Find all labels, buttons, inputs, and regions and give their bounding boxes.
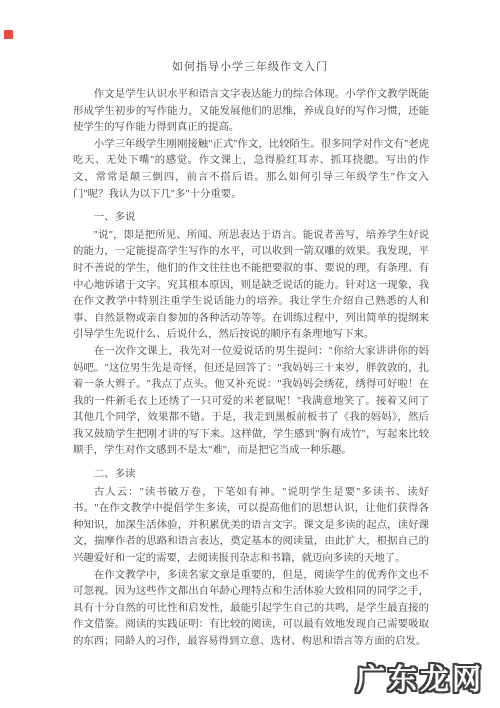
document-page: 如何指导小学三年级作文入门 作文是学生认识水平和语言文字表达能力的综合体现。小学… bbox=[0, 0, 500, 708]
body-paragraph: "说"，即是把所见、所闻、所思表达于语言。能说者善写，培养学生好说的能力，一定能… bbox=[73, 228, 429, 344]
body-paragraph: 作文是学生认识水平和语言文字表达能力的综合体现。小学作文教学既能形成学生初步的写… bbox=[73, 87, 429, 137]
red-corner-mark bbox=[4, 30, 13, 39]
body-paragraph: 在一次作文课上，我先对一位爱说话的男生提问："你给大家讲讲你的妈妈吧。"这位男生… bbox=[73, 344, 429, 460]
watermark-text: 广东龙网 bbox=[356, 657, 484, 698]
document-title: 如何指导小学三年级作文入门 bbox=[0, 58, 500, 74]
body-paragraph: 古人云："读书破万卷，下笔如有神。"说明学生是要"多读书、读好书。"在作文教学中… bbox=[73, 485, 429, 568]
body-paragraph: 小学三年级学生刚刚接触"正式"作文，比较陌生。很多同学对作文有"老虎吃天、无处下… bbox=[73, 137, 429, 203]
section-heading: 二、多读 bbox=[73, 467, 429, 484]
body-paragraph: 在作文教学中，多读名家文章是重要的，但是，阅读学生的优秀作文也不可忽视。因为这些… bbox=[73, 568, 429, 651]
section-heading: 一、多说 bbox=[73, 210, 429, 227]
document-body: 作文是学生认识水平和语言文字表达能力的综合体现。小学作文教学既能形成学生初步的写… bbox=[73, 87, 429, 651]
